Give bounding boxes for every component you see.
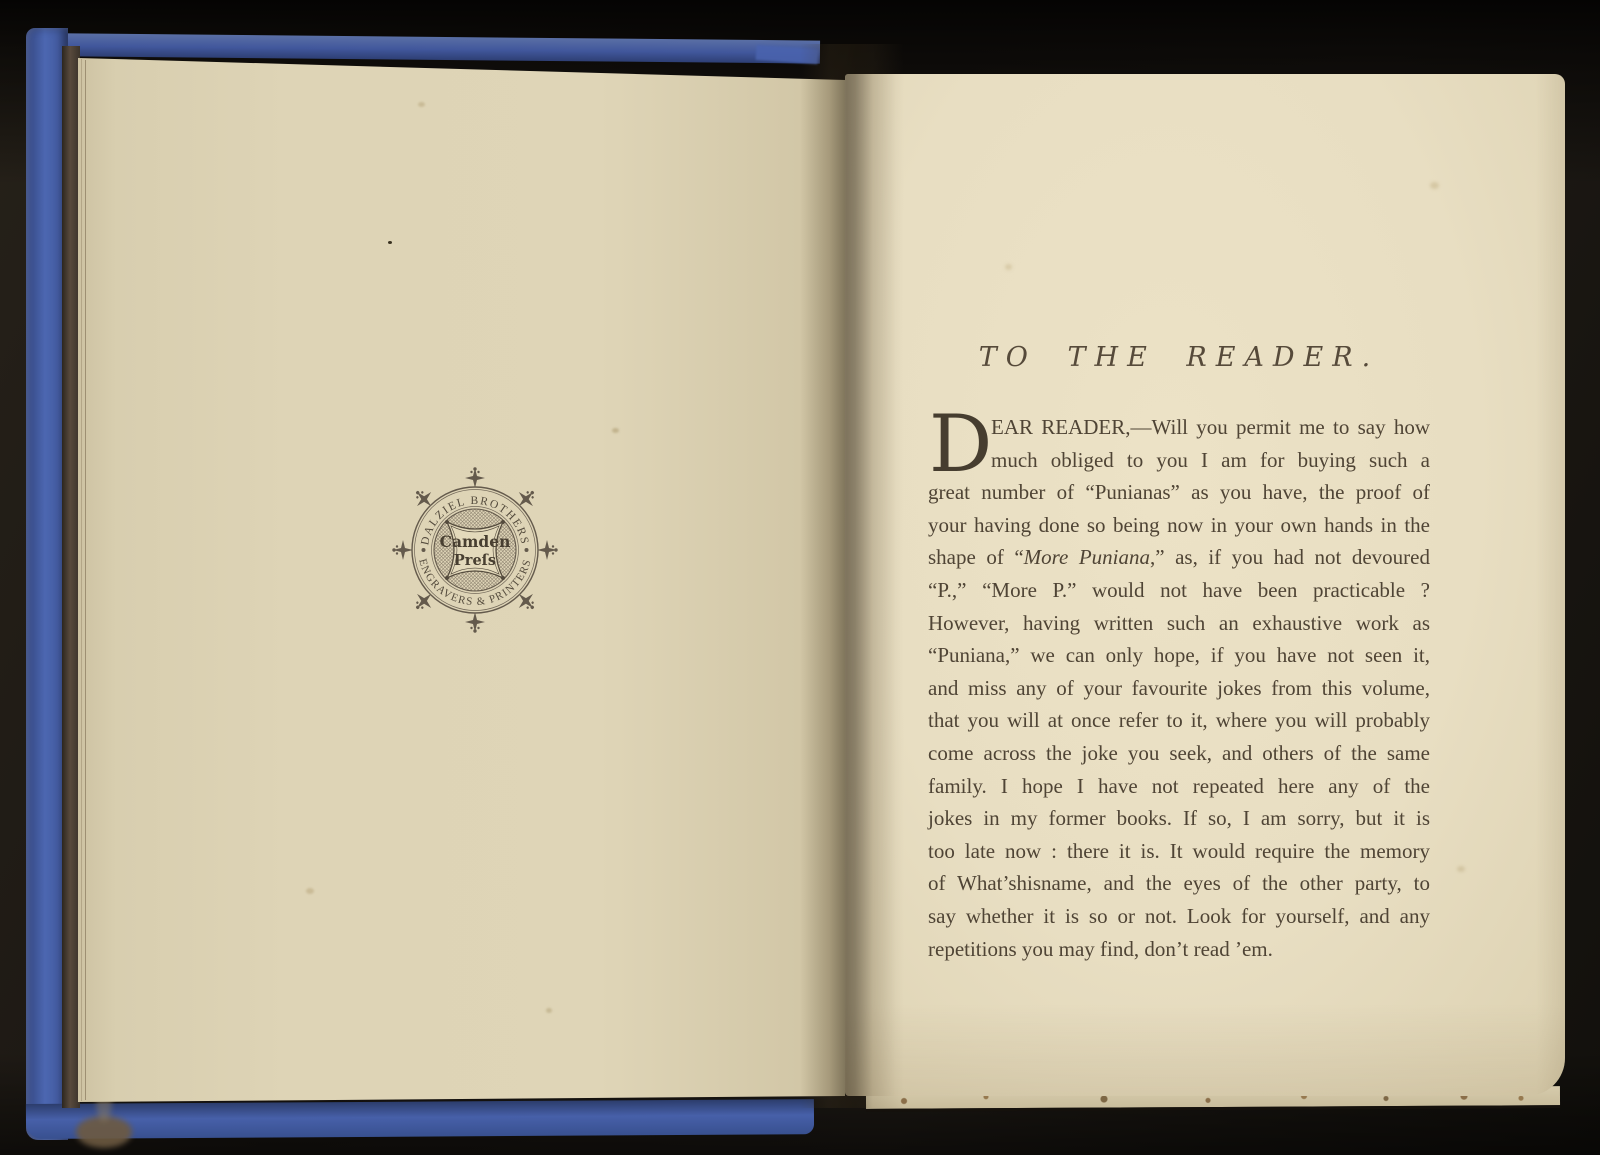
- text-segment: ,” as, if you had not devoured: [1150, 545, 1430, 569]
- book-photograph: DALZIEL BROTHERS ENGRAVERS & PRINTERS Ca…: [0, 0, 1600, 1155]
- text-line: shape of “More Puniana,” as, if you had …: [928, 541, 1430, 574]
- text-line: jokes in my former books. If so, I am so…: [928, 802, 1430, 835]
- text-line: “Puniana,” we can only hope, if you have…: [928, 639, 1430, 672]
- text-line: much obliged to you I am for buying such…: [928, 444, 1430, 477]
- emblem-press-name-line1: Camden: [440, 532, 511, 551]
- cushion-knob: [501, 520, 505, 524]
- drop-cap: D: [929, 415, 992, 473]
- ink-speck: [388, 241, 392, 244]
- cushion-knob: [445, 520, 449, 524]
- text-line: repetitions you may find, don’t read ’em…: [928, 933, 1430, 966]
- emblem-press-name-line2: Preſs: [454, 552, 496, 569]
- text-line: that you will at once refer to it, where…: [928, 704, 1430, 737]
- cross-ornament: [392, 540, 413, 560]
- reader-letter: D EAR READER,—Will you permit me to say …: [928, 411, 1430, 965]
- foxing-speck: [1457, 866, 1465, 872]
- text-line: great number of “Punianas” as you have, …: [928, 476, 1430, 509]
- foxing-speck: [306, 888, 314, 894]
- page-heading: TO THE READER.: [928, 342, 1430, 373]
- text-line: too late now : there it is. It would req…: [928, 835, 1430, 868]
- foxing-speck: [1430, 182, 1439, 189]
- italic-book-title: More Puniana: [1024, 545, 1150, 569]
- book-cover-bottom-edge: [26, 1099, 814, 1139]
- foxing-speck: [418, 102, 425, 107]
- text-line: EAR READER,—Will you permit me to say ho…: [928, 411, 1430, 444]
- printer-mark: DALZIEL BROTHERS ENGRAVERS & PRINTERS Ca…: [375, 448, 575, 648]
- left-page: DALZIEL BROTHERS ENGRAVERS & PRINTERS Ca…: [78, 50, 845, 1102]
- cushion-knob: [445, 576, 449, 580]
- text-line: your having done so being now in your ow…: [928, 509, 1430, 542]
- text-line: say whether it is so or not. Look for yo…: [928, 900, 1430, 933]
- text-line: However, having written such an exhausti…: [928, 607, 1430, 640]
- text-line: come across the joke you seek, and other…: [928, 737, 1430, 770]
- printer-mark-emblem: DALZIEL BROTHERS ENGRAVERS & PRINTERS Ca…: [375, 448, 575, 648]
- text-line: family. I hope I have not repeated here …: [928, 770, 1430, 803]
- cross-ornament: [465, 612, 485, 633]
- cushion-knob: [501, 576, 505, 580]
- emblem-separator-dot: [422, 548, 426, 552]
- foxing-speck: [546, 1008, 552, 1013]
- cross-ornament: [537, 540, 558, 560]
- text-segment: shape of “: [928, 545, 1024, 569]
- cross-ornament: [465, 467, 485, 488]
- emblem-separator-dot: [525, 548, 529, 552]
- text-line: and miss any of your favourite jokes fro…: [928, 672, 1430, 705]
- book-cover-top-edge: [32, 33, 820, 64]
- text-line: of What’shisname, and the eyes of the ot…: [928, 867, 1430, 900]
- text-line: “P.,” “More P.” would not have been prac…: [928, 574, 1430, 607]
- foxing-speck: [612, 428, 619, 433]
- book-board-edge: [62, 46, 80, 1108]
- right-page: TO THE READER. D EAR READER,—Will you pe…: [845, 74, 1565, 1096]
- foxing-speck: [1005, 264, 1012, 270]
